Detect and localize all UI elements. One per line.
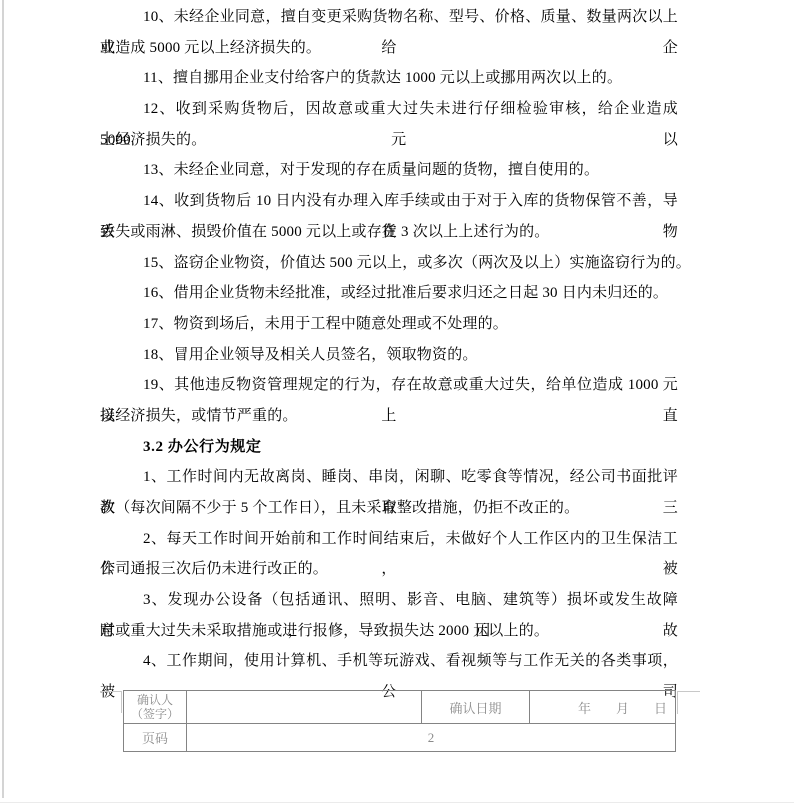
text-line: 10、未经企业同意，擅自变更采购货物名称、型号、价格、质量、数量两次以上或给企	[100, 2, 678, 33]
text-line: 18、冒用企业领导及相关人员签名，领取物资的。	[100, 340, 678, 371]
confirm-person-label-line1: 确认人	[124, 693, 186, 707]
text-line: 3、发现办公设备（包括通讯、照明、影音、电脑、建筑等）损坏或发生故障时，因故	[100, 585, 678, 616]
text-line: 1、工作时间内无故离岗、睡岗、串岗，闲聊、吃零食等情况，经公司书面批评教育三	[100, 462, 678, 493]
year-label: 年	[578, 701, 591, 716]
text-line: 12、收到采购货物后，因故意或重大过失未进行仔细检验审核，给企业造成 5000 …	[100, 94, 678, 125]
confirm-date-label-cell: 确认日期	[422, 691, 530, 724]
text-boundary-mark-left-h	[100, 691, 122, 692]
text-line: 15、盗窃企业物资，价值达 500 元以上，或多次（两次及以上）实施盗窃行为的。	[100, 248, 678, 279]
page-bottom-edge	[0, 802, 794, 803]
day-label: 日	[654, 701, 667, 716]
text-line: 14、收到货物后 10 日内没有办理入库手续或由于对于入库的货物保管不善，导致货…	[100, 186, 678, 217]
text-line: 2、每天工作时间开始前和工作时间结束后，未做好个人工作区内的卫生保洁工作，被	[100, 524, 678, 555]
footer-table: 确认人 （签字） 确认日期 年月日 页码 2	[123, 690, 676, 752]
section-heading: 3.2 办公行为规定	[100, 432, 678, 463]
document-page: 10、未经企业同意，擅自变更采购货物名称、型号、价格、质量、数量两次以上或给企 …	[0, 0, 794, 804]
date-value-cell: 年月日	[530, 691, 676, 724]
text-line: 16、借用企业货物未经批准，或经过批准后要求归还之日起 30 日内未归还的。	[100, 278, 678, 309]
confirm-person-label-cell: 确认人 （签字）	[124, 691, 187, 724]
text-line: 4、工作期间，使用计算机、手机等玩游戏、看视频等与工作无关的各类事项，被公司	[100, 646, 678, 677]
text-line: 11、擅自挪用企业支付给客户的货款达 1000 元以上或挪用两次以上的。	[100, 63, 678, 94]
document-body: 10、未经企业同意，擅自变更采购货物名称、型号、价格、质量、数量两次以上或给企 …	[100, 2, 678, 677]
text-line: 17、物资到场后，未用于工程中随意处理或不处理的。	[100, 309, 678, 340]
page-number-label-cell: 页码	[124, 724, 187, 752]
month-label: 月	[616, 701, 629, 716]
confirm-person-label-line2: （签字）	[124, 707, 186, 721]
text-line: 13、未经企业同意，对于发现的存在质量问题的货物，擅自使用的。	[100, 155, 678, 186]
page-left-edge	[2, 0, 4, 798]
signature-cell	[187, 691, 422, 724]
text-boundary-mark-right-h	[677, 691, 700, 692]
page-number-value-cell: 2	[187, 724, 676, 752]
text-boundary-mark-right-v	[677, 691, 678, 714]
text-line: 19、其他违反物资管理规定的行为，存在故意或重大过失，给单位造成 1000 元以…	[100, 370, 678, 401]
text-boundary-mark-left-v	[121, 691, 122, 713]
